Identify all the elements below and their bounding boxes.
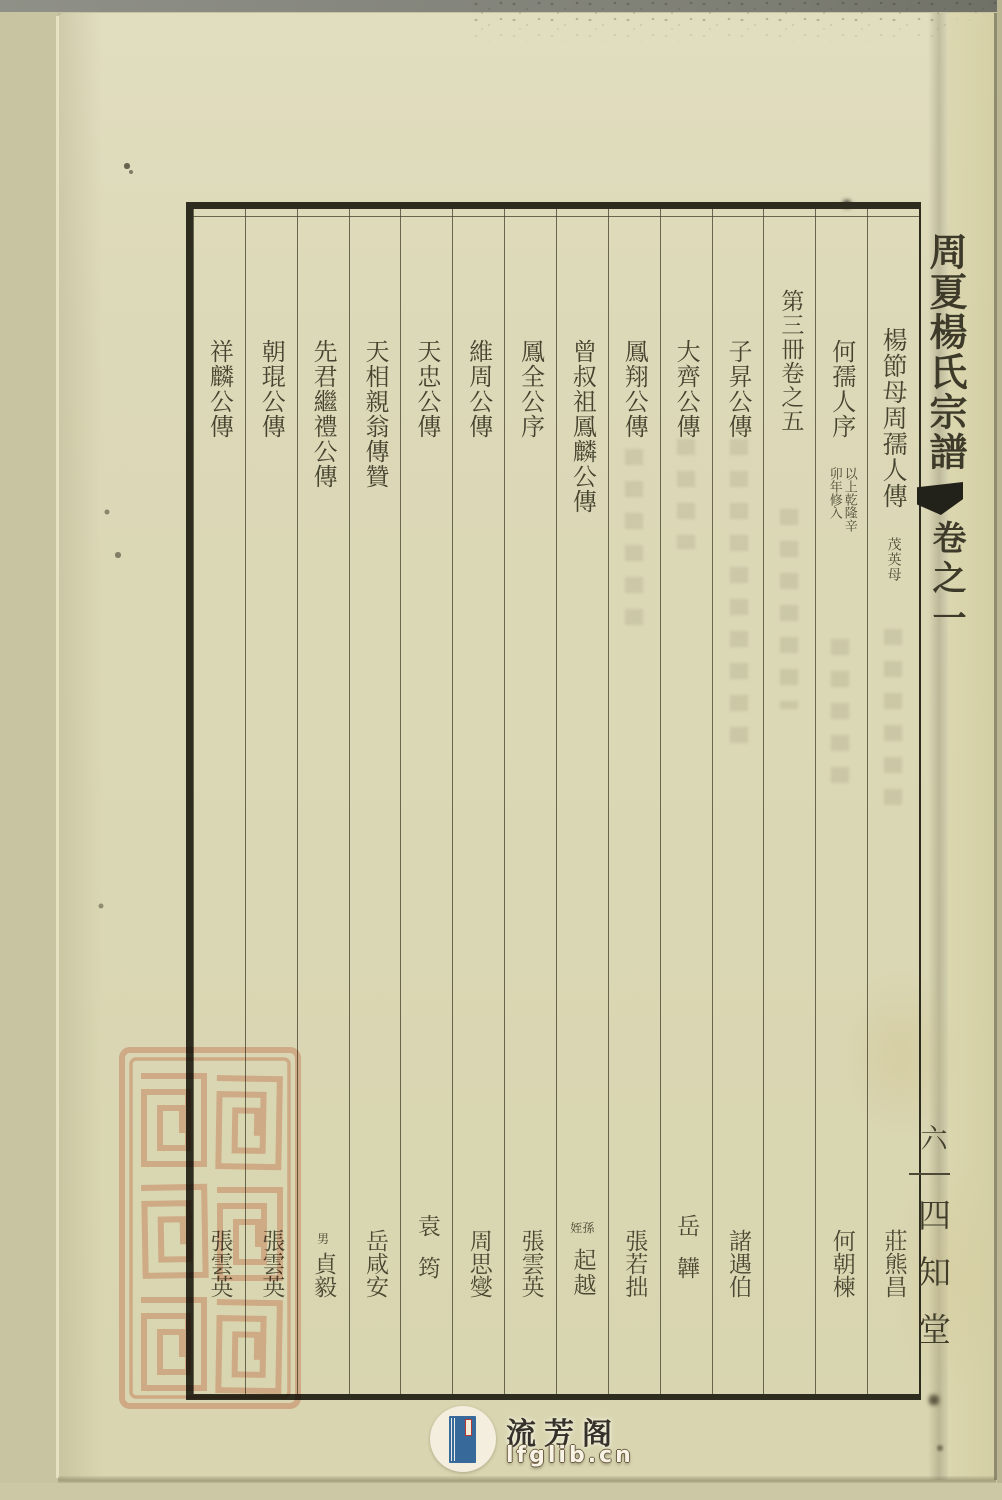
watermark-site-url: lfglib.cn — [506, 1443, 634, 1468]
collection-seal — [118, 1046, 302, 1410]
paper-left-shading — [58, 13, 102, 1480]
toc-entry-note-line: 卯年修入 — [827, 467, 842, 563]
margin-rule — [909, 1173, 950, 1175]
scan-background-bottom — [0, 1483, 1002, 1500]
toc-entry-title: 鳳全公序 — [519, 339, 543, 439]
toc-entry-name: 何朝楝 — [830, 1229, 854, 1298]
paper-specks — [0, 0, 2, 2]
toc-column: 曾叔祖鳳麟公傳 姪孫 起越 — [556, 209, 608, 1394]
watermark-badge — [430, 1406, 496, 1472]
toc-column: 何孺人序 以上乾隆辛 卯年修入 何朝楝 — [815, 209, 867, 1394]
toc-entry-title: 楊節母周孺人傳 — [881, 327, 906, 509]
toc-column: 楊節母周孺人傳 茂英母 莊熊昌 — [867, 209, 919, 1394]
toc-column: 天忠公傳 袁筠 — [400, 209, 452, 1394]
toc-entry-title: 維周公傳 — [467, 339, 491, 439]
toc-column: 第三冊卷之五 — [763, 209, 815, 1394]
toc-entry-title: 子昇公傳 — [726, 339, 750, 439]
toc-entry-name: 周思燮 — [467, 1229, 491, 1298]
book-icon — [449, 1416, 476, 1463]
toc-entry-name: 張雲英 — [518, 1229, 542, 1298]
toc-column: 先君繼禮公傳 男 貞毅 — [297, 209, 349, 1394]
toc-column: 鳳全公序 張雲英 — [504, 209, 556, 1394]
toc-entry-name-note: 男 — [317, 1230, 329, 1247]
toc-entry-title: 第三冊卷之五 — [778, 289, 801, 433]
toc-entry-name: 袁筠 — [415, 1214, 439, 1298]
toc-entry-title: 先君繼禮公傳 — [311, 339, 335, 489]
toc-column: 子昇公傳 諸遇伯 — [712, 209, 764, 1394]
toc-entry-title: 天忠公傳 — [415, 339, 439, 439]
toc-entry-title: 曾叔祖鳳麟公傳 — [570, 339, 594, 514]
toc-entry-note: 茂英母 — [884, 537, 904, 582]
toc-entry-name: 莊熊昌 — [881, 1229, 905, 1298]
toc-entry-name: 貞毅 — [311, 1252, 335, 1298]
toc-entry-name: 張若拙 — [622, 1229, 646, 1298]
toc-entry-title: 天相親翁傳贊 — [363, 339, 387, 489]
toc-entry-title: 鳳翔公傳 — [622, 339, 646, 439]
paper-bottom-crease — [58, 1476, 996, 1483]
toc-column: 維周公傳 周思燮 — [452, 209, 504, 1394]
toc-column: 天相親翁傳贊 岳咸安 — [349, 209, 401, 1394]
toc-entry-title: 祥麟公傳 — [207, 339, 231, 439]
toc-entry-title: 大齊公傳 — [674, 339, 698, 439]
toc-entry-name: 岳韡 — [674, 1214, 698, 1298]
toc-entry-note-line: 以上乾隆辛 — [842, 467, 857, 563]
toc-entry-name: 諸遇伯 — [726, 1229, 750, 1298]
toc-entry-name: 起越 — [570, 1248, 594, 1298]
book-title: 周夏楊氏宗譜 — [920, 232, 966, 472]
toc-entry-note: 以上乾隆辛 卯年修入 — [827, 467, 857, 563]
hall-mark: 四知堂 — [913, 1198, 950, 1378]
toc-entry-title: 何孺人序 — [830, 339, 854, 439]
toc-entry-name: 岳咸安 — [363, 1229, 387, 1298]
toc-entry-title: 朝琨公傳 — [259, 339, 283, 439]
toc-column: 鳳翔公傳 張若拙 — [608, 209, 660, 1394]
page-number: 六 — [916, 1117, 952, 1156]
paper-top-texture — [470, 0, 1002, 46]
volume-label: 卷之一 — [921, 520, 965, 640]
toc-entry-name-note: 姪孫 — [570, 1219, 594, 1236]
toc-column: 大齊公傳 岳韡 — [660, 209, 712, 1394]
paper-left-edge — [56, 16, 59, 1478]
